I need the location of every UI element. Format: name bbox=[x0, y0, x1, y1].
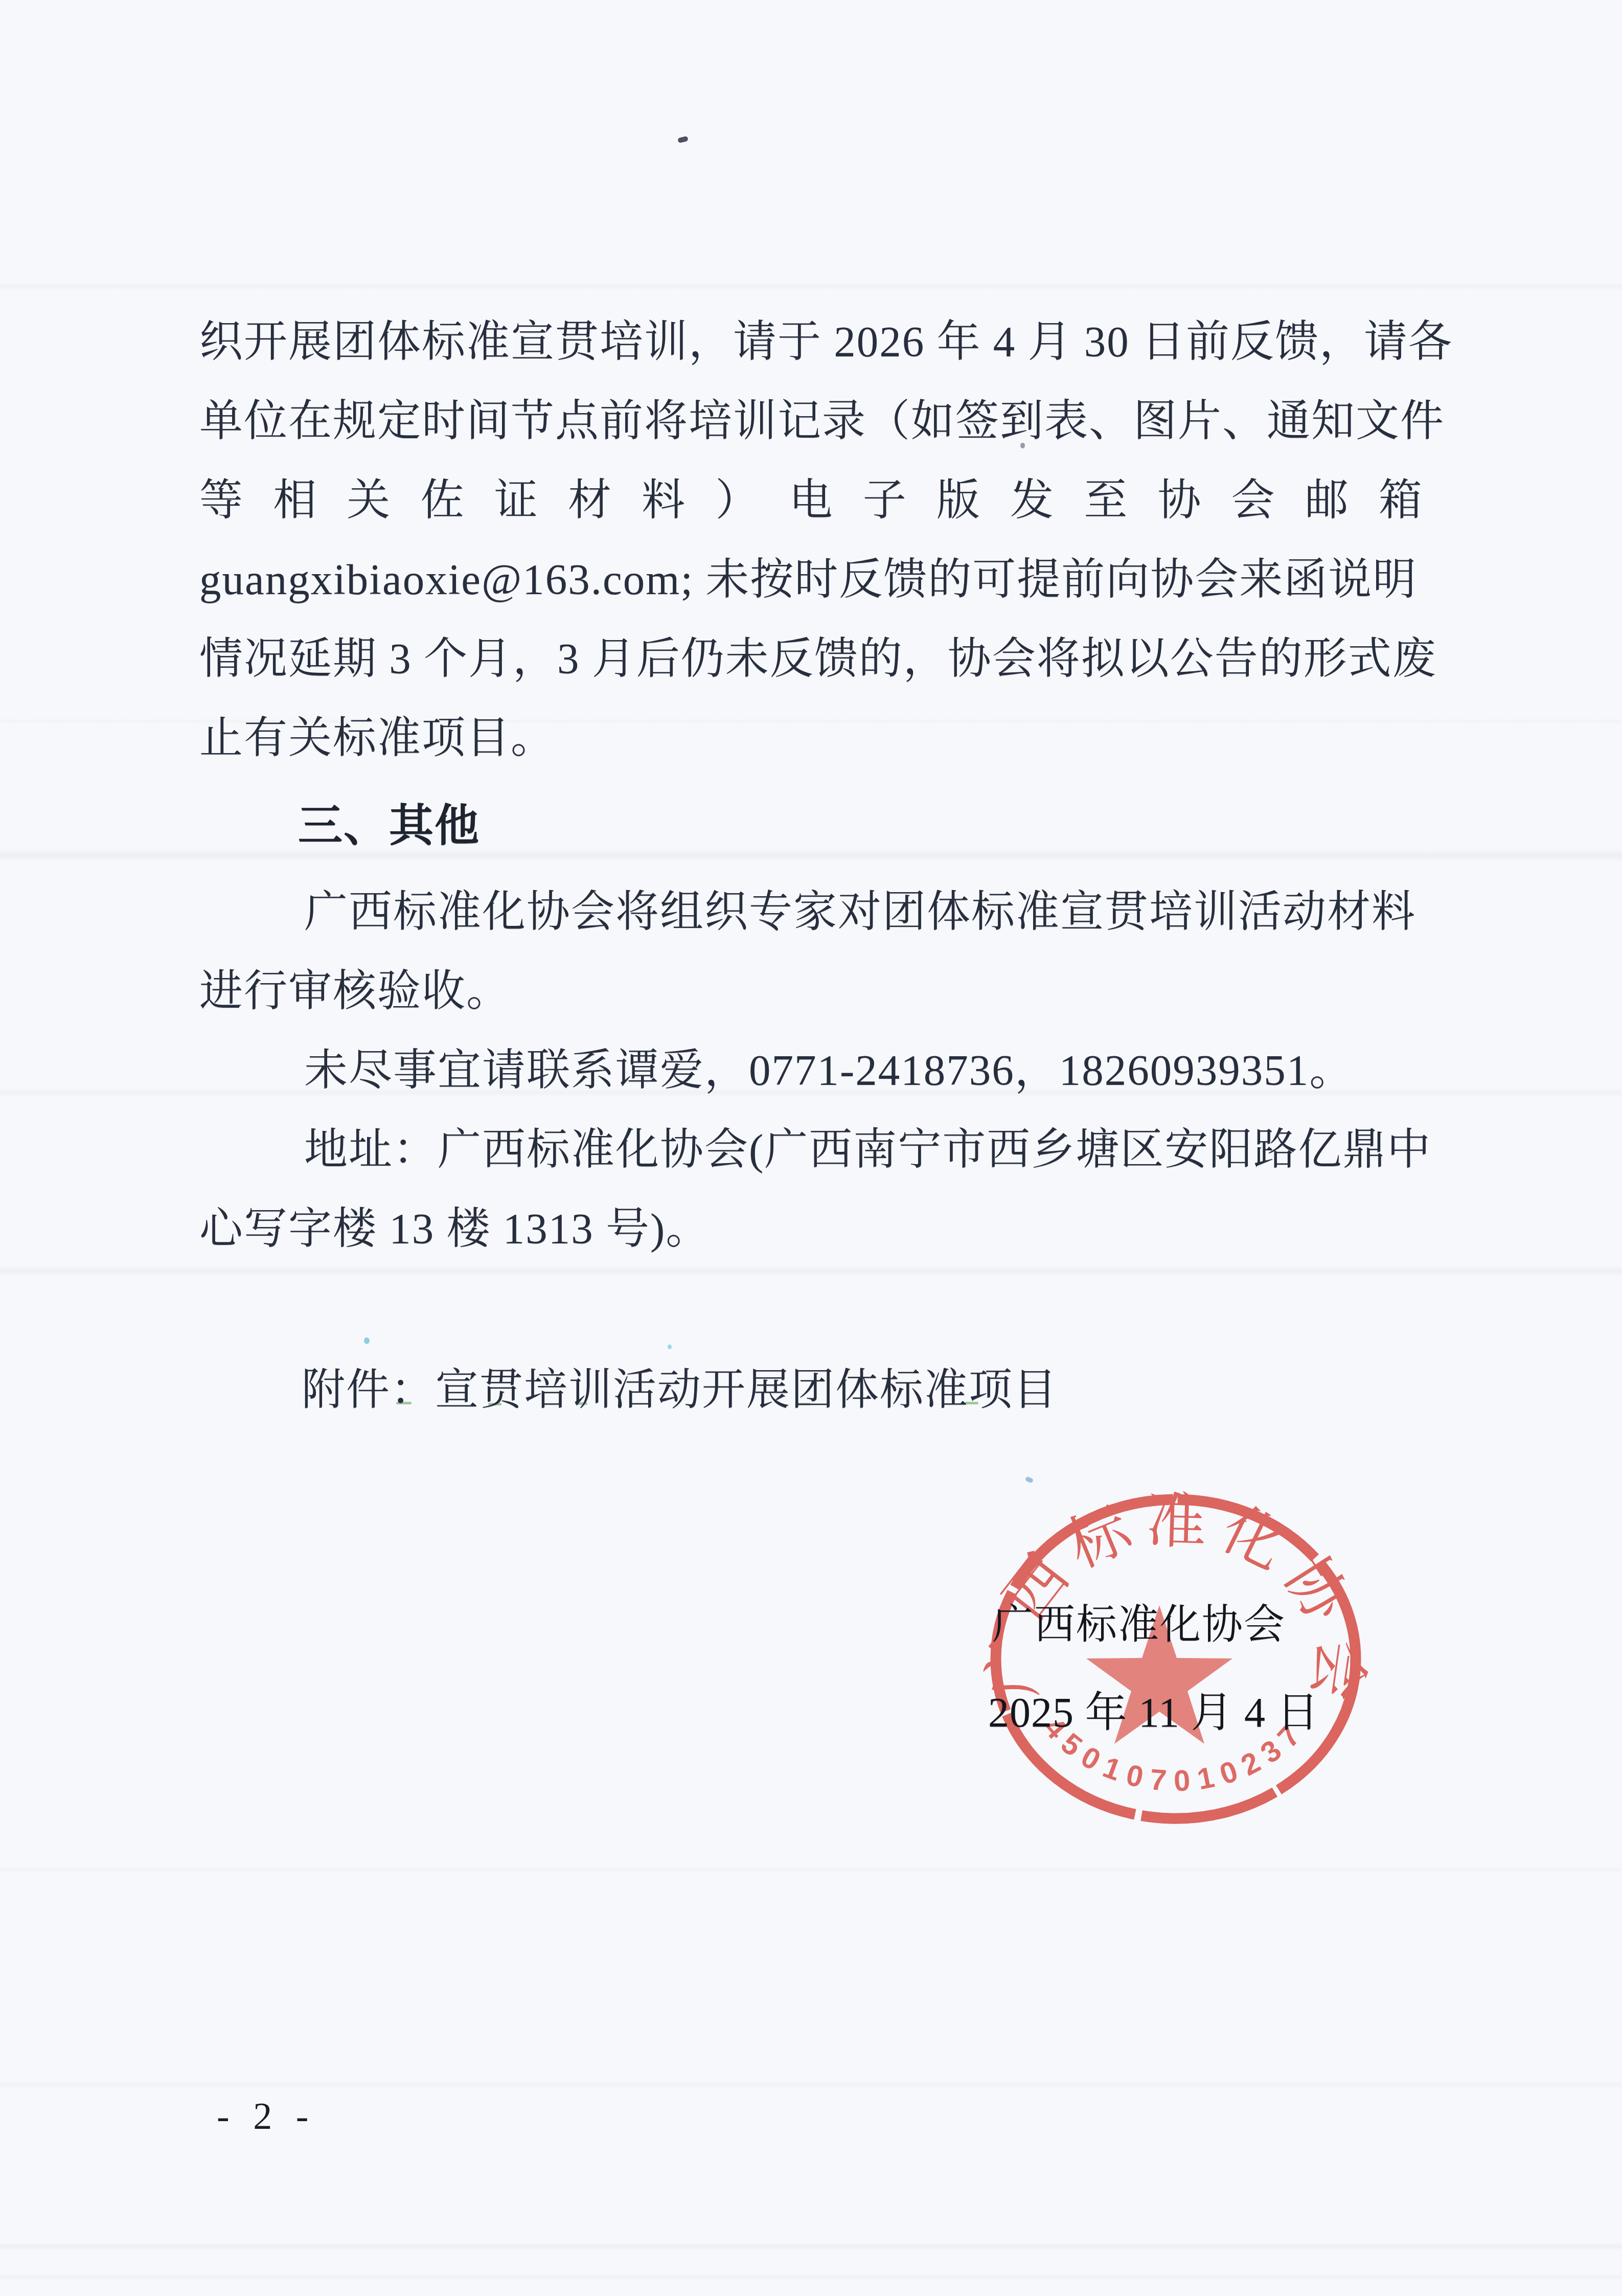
official-seal: 广西标准化协会 4501070102377 bbox=[0, 0, 1622, 2296]
signature-date: 2025 年 11 月 4 日 bbox=[988, 1679, 1319, 1739]
scanned-letter-page: 织开展团体标准宣贯培训，请于 2026 年 4 月 30 日前反馈，请各 单位在… bbox=[0, 0, 1622, 2296]
signature-org: 广西标准化协会 bbox=[992, 1591, 1286, 1650]
